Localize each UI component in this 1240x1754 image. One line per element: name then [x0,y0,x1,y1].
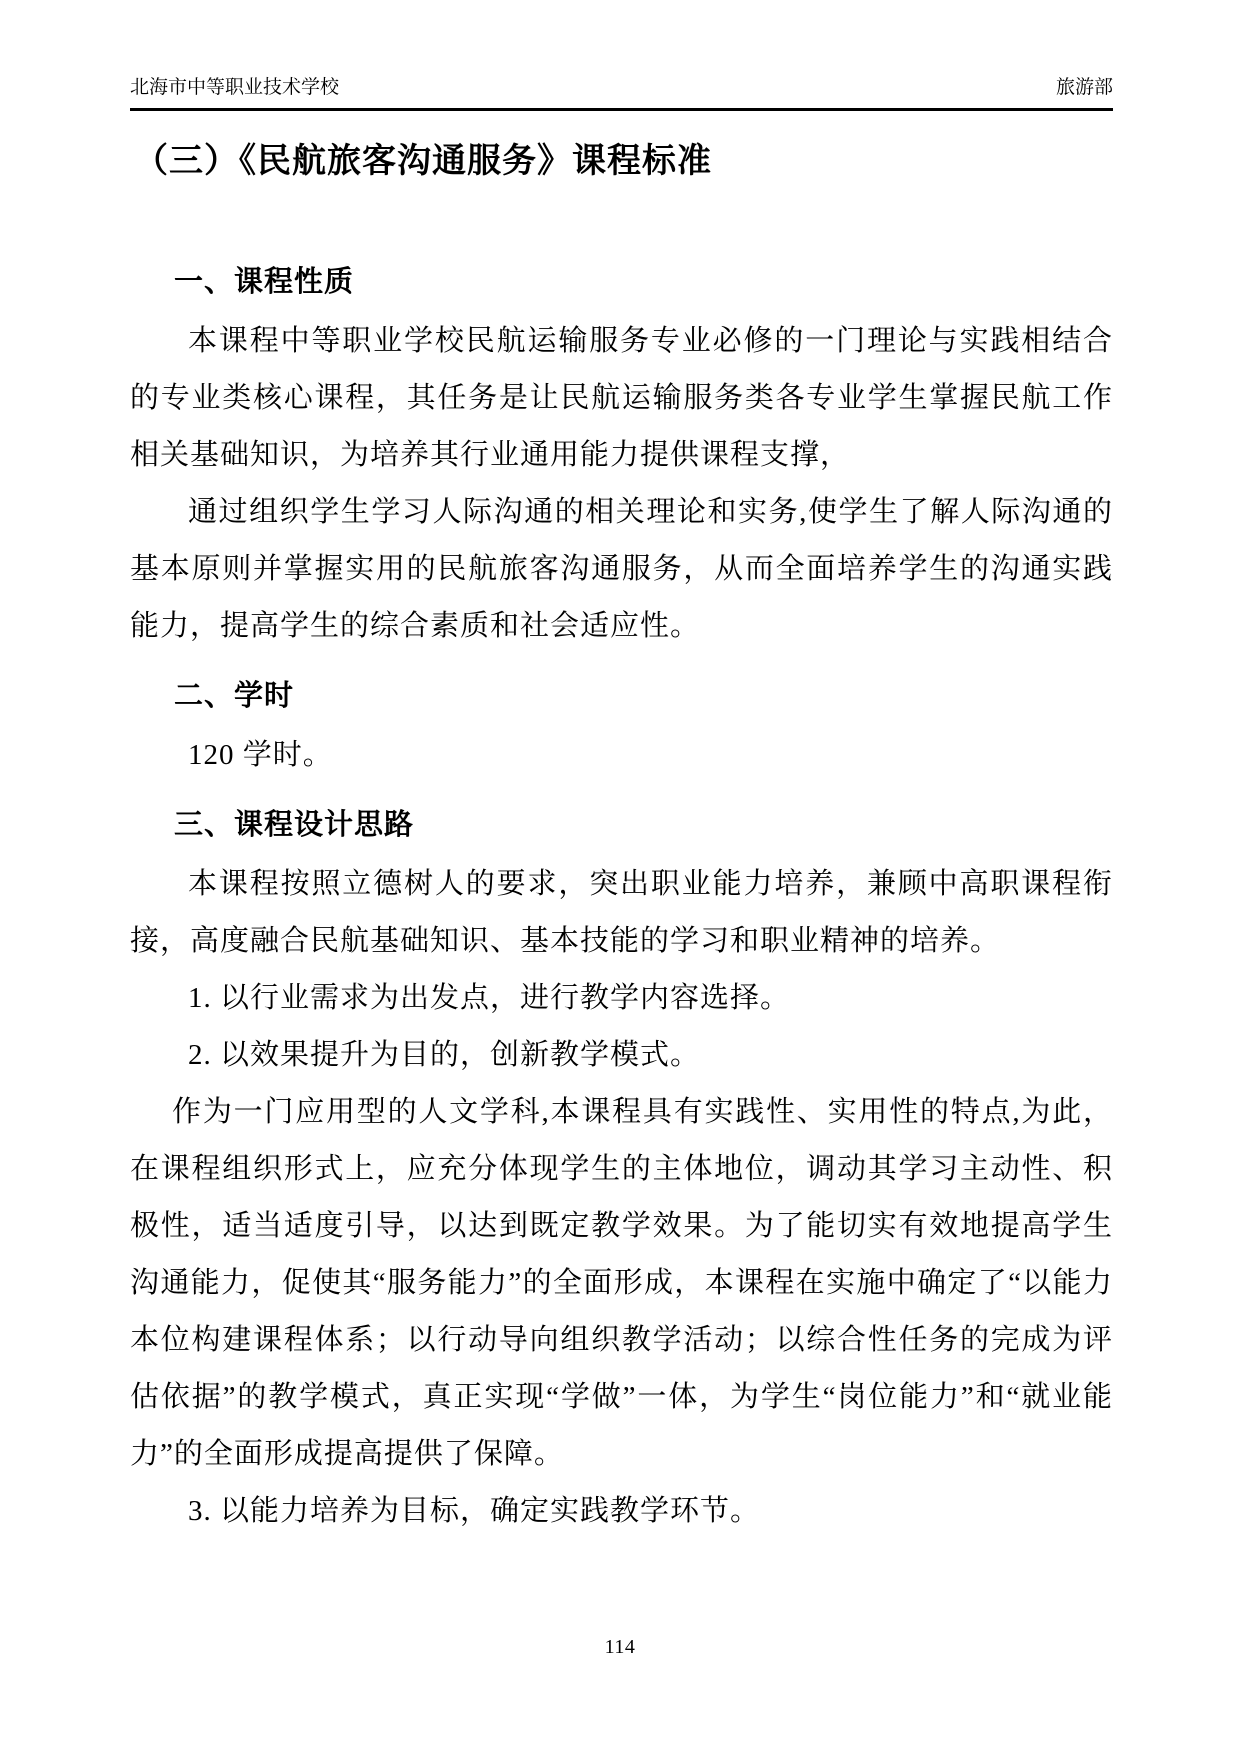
paragraph: 作为一门应用型的人文学科,本课程具有实践性、实用性的特点,为此，在课程组织形式上… [130,1084,1113,1483]
section: 三、课程设计思路本课程按照立德树人的要求，突出职业能力培养，兼顾中高职课程衔接，… [130,806,1113,1540]
page-number: 114 [0,1636,1240,1659]
paragraph: 本课程按照立德树人的要求，突出职业能力培养，兼顾中高职课程衔接，高度融合民航基础… [130,856,1113,970]
paragraph: 120 学时。 [130,727,1113,784]
paragraph: 通过组织学生学习人际沟通的相关理论和实务,使学生了解人际沟通的基本原则并掌握实用… [130,484,1113,655]
paragraph: 3. 以能力培养为目标，确定实践教学环节。 [130,1483,1113,1540]
paragraph: 2. 以效果提升为目的，创新教学模式。 [130,1027,1113,1084]
section-heading: 一、课程性质 [174,263,1113,301]
document-page: 北海市中等职业技术学校 旅游部 （三）《民航旅客沟通服务》课程标准 一、课程性质… [0,0,1240,1754]
section: 二、学时120 学时。 [130,677,1113,784]
document-body: 一、课程性质本课程中等职业学校民航运输服务专业必修的一门理论与实践相结合的专业类… [130,263,1113,1540]
page-header: 北海市中等职业技术学校 旅游部 [130,76,1113,111]
header-school-name: 北海市中等职业技术学校 [130,76,339,100]
section-heading: 三、课程设计思路 [174,806,1113,844]
paragraph: 本课程中等职业学校民航运输服务专业必修的一门理论与实践相结合的专业类核心课程，其… [130,313,1113,484]
header-department: 旅游部 [1056,76,1113,100]
doc-title: （三）《民航旅客沟通服务》课程标准 [134,139,1113,183]
section-heading: 二、学时 [174,677,1113,715]
section: 一、课程性质本课程中等职业学校民航运输服务专业必修的一门理论与实践相结合的专业类… [130,263,1113,655]
paragraph: 1. 以行业需求为出发点，进行教学内容选择。 [130,970,1113,1027]
